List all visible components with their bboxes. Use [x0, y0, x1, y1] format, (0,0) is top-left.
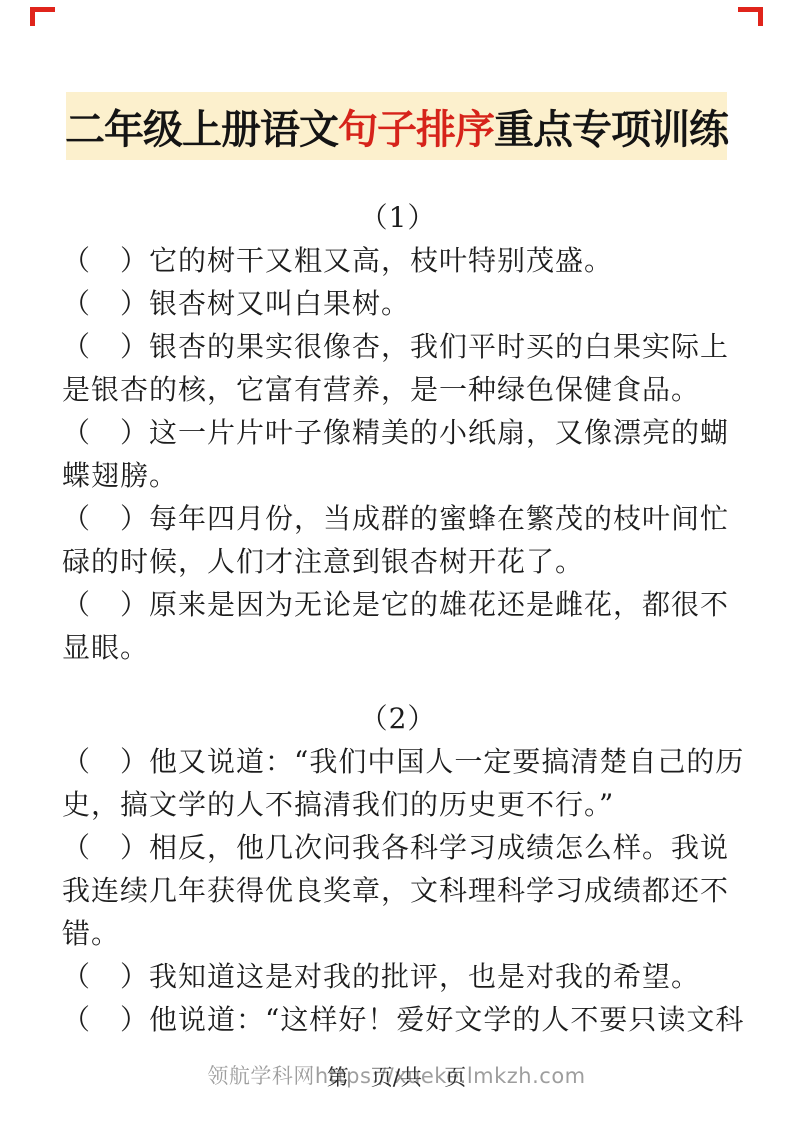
sentence-line: （ ）银杏的果实很像杏，我们平时买的白果实际上 [62, 325, 734, 368]
title-text-highlight: 句子排序 [338, 98, 494, 155]
worksheet-title: 二年级上册语文句子排序重点专项训练 [66, 92, 727, 160]
sentence-line: 是银杏的核，它富有营养，是一种绿色保健食品。 [62, 368, 734, 411]
sentence-line: （ ）它的树干又粗又高，枝叶特别茂盛。 [62, 239, 734, 282]
sentence-line: 显眼。 [62, 626, 734, 669]
sentence-line: （ ）相反，他几次问我各科学习成绩怎么样。我说 [62, 826, 734, 869]
sentence-line: （ ）每年四月份，当成群的蜜蜂在繁茂的枝叶间忙 [62, 497, 734, 540]
exercise-section: （1）（ ）它的树干又粗又高，枝叶特别茂盛。（ ）银杏树又叫白果树。（ ）银杏的… [62, 196, 734, 669]
sentence-line: （ ）他说道：“这样好！爱好文学的人不要只读文科 [62, 998, 734, 1041]
sentence-line: 我连续几年获得优良奖章，文科理科学习成绩都还不 [62, 869, 734, 912]
page-footer: 领航学科网https://xueke.lmkzh.com 第 页/共 页 [0, 1056, 793, 1096]
sentence-line: （ ）我知道这是对我的批评，也是对我的希望。 [62, 955, 734, 998]
page-number-label: 第 页/共 页 [0, 1061, 793, 1092]
exercise-section: （2）（ ）他又说道：“我们中国人一定要搞清楚自己的历史，搞文学的人不搞清我们的… [62, 697, 734, 1041]
title-text-pre: 二年级上册语文 [65, 98, 338, 155]
sentence-line: 错。 [62, 912, 734, 955]
sentence-line: 史，搞文学的人不搞清我们的历史更不行。” [62, 783, 734, 826]
sentence-line: （ ）这一片片叶子像精美的小纸扇，又像漂亮的蝴 [62, 411, 734, 454]
section-number: （2） [62, 697, 734, 740]
corner-mark-left-icon [30, 7, 55, 26]
sentence-line: （ ）原来是因为无论是它的雄花还是雌花，都很不 [62, 583, 734, 626]
sentence-line: （ ）银杏树又叫白果树。 [62, 282, 734, 325]
sentence-line: 碌的时候，人们才注意到银杏树开花了。 [62, 540, 734, 583]
exercise-content: （1）（ ）它的树干又粗又高，枝叶特别茂盛。（ ）银杏树又叫白果树。（ ）银杏的… [62, 196, 734, 1041]
sentence-line: 蝶翅膀。 [62, 454, 734, 497]
corner-mark-right-icon [738, 7, 763, 26]
section-number: （1） [62, 196, 734, 239]
sentence-line: （ ）他又说道：“我们中国人一定要搞清楚自己的历 [62, 740, 734, 783]
title-text-post: 重点专项训练 [494, 98, 728, 155]
